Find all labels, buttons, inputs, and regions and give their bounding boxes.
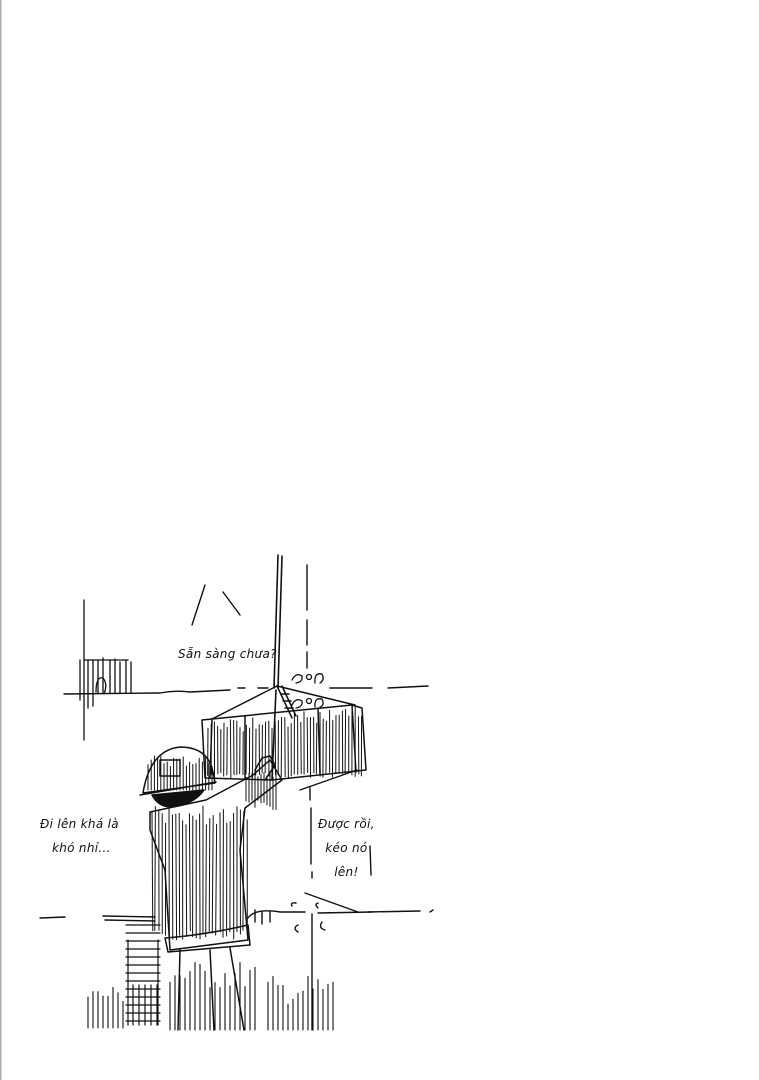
scaffold-fence [80, 600, 131, 740]
speech-ready-line-1: Sẵn sàng chưa? [178, 642, 277, 666]
left-ledge [40, 916, 155, 921]
horizon-line [64, 686, 428, 694]
safety-line [248, 893, 433, 1030]
speech-pull: Được rồi, kéo nó lên! [318, 812, 375, 884]
manga-panel-illustration [0, 0, 759, 1080]
speech-climb-line-2: khó nhỉ... [40, 836, 119, 860]
speech-pull-line-3: lên! [318, 860, 375, 884]
speech-pull-line-1: Được rồi, [318, 812, 375, 836]
crane-rope [272, 555, 282, 780]
emphasis-marks [192, 585, 240, 625]
ladder [126, 925, 160, 1025]
speech-pull-line-2: kéo nó [318, 836, 375, 860]
speech-climb: Đi lên khá là khó nhỉ... [40, 812, 119, 860]
speech-climb-line-1: Đi lên khá là [40, 812, 119, 836]
speech-ready: Sẵn sàng chưa? [178, 642, 277, 666]
crate-sling [212, 686, 355, 719]
